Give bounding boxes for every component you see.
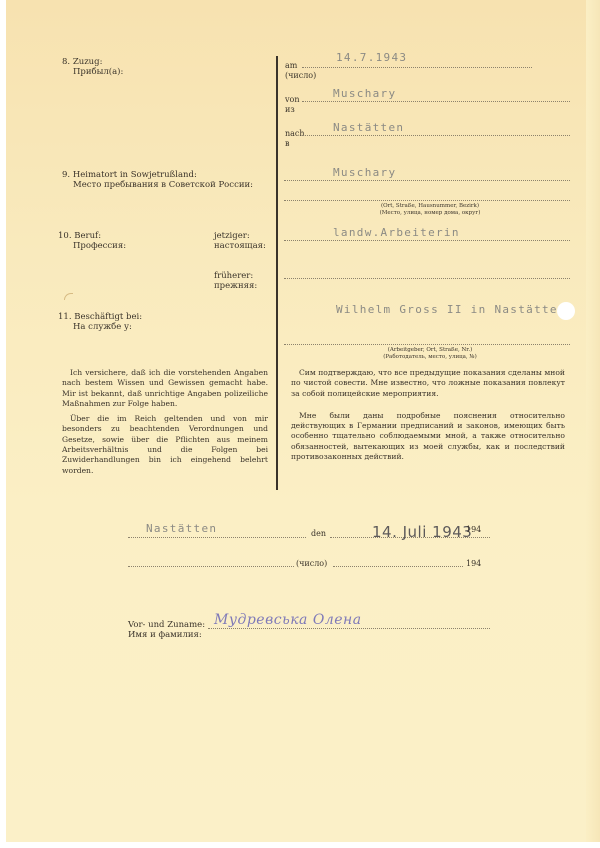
signature[interactable]: Мудревська Олена — [214, 612, 362, 628]
home-location-hint-ru: (Место, улица, номер дома, округ) — [330, 210, 530, 217]
date-ru-label: (число) — [296, 559, 327, 569]
item8-label-de: Zuzug: — [73, 57, 103, 67]
ink-mark — [64, 293, 73, 300]
current-profession-label-de: jetziger: — [214, 231, 250, 241]
current-profession-line — [284, 240, 570, 241]
item11-label-ru: На службе у: — [58, 322, 142, 332]
home-location-line-2 — [284, 200, 570, 201]
current-profession-value[interactable]: landw.Arbeiterin — [333, 226, 460, 239]
declaration-russian: Сим подтверждаю, что все предыдущие пока… — [291, 368, 565, 467]
item11-label-de: Beschäftigt bei: — [74, 312, 142, 322]
item11-number: 11. — [58, 312, 72, 322]
place-line — [128, 537, 306, 538]
arrival-to-line — [302, 135, 570, 136]
employer-line — [284, 344, 570, 345]
arrival-from-value[interactable]: Muschary — [333, 87, 396, 100]
arrival-date-label: am (число) — [285, 61, 316, 81]
declaration-russian-p1: Сим подтверждаю, что все предыдущие пока… — [291, 368, 565, 399]
arrival-from-label-de: von — [285, 95, 300, 104]
arrival-date-value[interactable]: 14.7.1943 — [336, 51, 407, 64]
arrival-date-line — [302, 67, 532, 68]
scan-margin-right — [586, 0, 600, 848]
former-profession-line — [284, 278, 570, 279]
former-profession-label-ru: прежняя: — [214, 281, 257, 291]
arrival-to-label: nach в — [285, 129, 305, 149]
arrival-to-label-de: nach — [285, 129, 305, 138]
employer-hint-de: (Arbeitgeber, Ort, Straße, Nr.) — [330, 347, 530, 354]
arrival-from-label-ru: из — [285, 105, 300, 115]
home-location-hint-de: (Ort, Straße, Hausnummer, Bezirk) — [330, 203, 530, 210]
former-profession-label: früherer: прежняя: — [214, 271, 257, 291]
declaration-russian-p2: Мне были даны подробные пояснения относи… — [291, 411, 565, 462]
declaration-german-p1: Ich versichere, daß ich die vorstehenden… — [62, 368, 268, 409]
scan-margin-bottom — [0, 842, 600, 848]
item9-number: 9. — [62, 170, 70, 180]
name-label: Vor- und Zuname: Имя и фамилия: — [128, 620, 205, 640]
punch-hole — [557, 302, 575, 320]
employer-hint-ru: (Работодатель, место, улица, №) — [330, 354, 530, 361]
current-profession-label-ru: настоящая: — [214, 241, 266, 251]
den-label: den — [311, 529, 326, 539]
item9-label: 9. Heimatort in Sowjetrußland: Место пре… — [62, 170, 253, 190]
arrival-from-label: von из — [285, 95, 300, 115]
item10-label: 10. Beruf: Профессия: — [58, 231, 126, 251]
employer-value[interactable]: Wilhelm Gross II in Nastätten — [336, 303, 566, 316]
date-ru-line-right — [333, 566, 463, 567]
name-line — [208, 628, 490, 629]
declaration-german: Ich versichere, daß ich die vorstehenden… — [62, 368, 268, 481]
home-location-value[interactable]: Muschary — [333, 166, 396, 179]
arrival-date-label-ru: (число) — [285, 71, 316, 81]
name-label-de: Vor- und Zuname: — [128, 620, 205, 630]
current-profession-label: jetziger: настоящая: — [214, 231, 266, 251]
date-ru-line-left — [128, 566, 294, 567]
item9-label-de: Heimatort in Sowjetrußland: — [73, 170, 197, 180]
scan-margin-left — [0, 0, 6, 848]
arrival-date-label-de: am — [285, 61, 297, 70]
item8-label: 8. Zuzug: Прибыл(а): — [62, 57, 123, 77]
date-stamp: 14. Juli 1943 — [372, 523, 472, 541]
home-location-line-1 — [284, 180, 570, 181]
name-label-ru: Имя и фамилия: — [128, 630, 205, 640]
item10-label-de: Beruf: — [74, 231, 101, 241]
item10-label-ru: Профессия: — [58, 241, 126, 251]
home-location-hint: (Ort, Straße, Hausnummer, Bezirk) (Место… — [330, 203, 530, 217]
declaration-german-p2: Über die im Reich geltenden und von mir … — [62, 414, 268, 476]
item10-number: 10. — [58, 231, 72, 241]
former-profession-label-de: früherer: — [214, 271, 253, 281]
year-prefix-ru: 194 — [466, 559, 481, 569]
arrival-from-line — [302, 101, 570, 102]
arrival-to-label-ru: в — [285, 139, 305, 149]
employer-hint: (Arbeitgeber, Ort, Straße, Nr.) (Работод… — [330, 347, 530, 361]
column-divider — [276, 56, 278, 490]
arrival-to-value[interactable]: Nastätten — [333, 121, 404, 134]
year-prefix-de: 194 — [466, 525, 481, 535]
item8-label-ru: Прибыл(а): — [62, 67, 123, 77]
item9-label-ru: Место пребывания в Советской России: — [62, 180, 253, 190]
place-value[interactable]: Nastätten — [146, 522, 217, 535]
item8-number: 8. — [62, 57, 70, 67]
item11-label: 11. Beschäftigt bei: На службе у: — [58, 312, 142, 332]
